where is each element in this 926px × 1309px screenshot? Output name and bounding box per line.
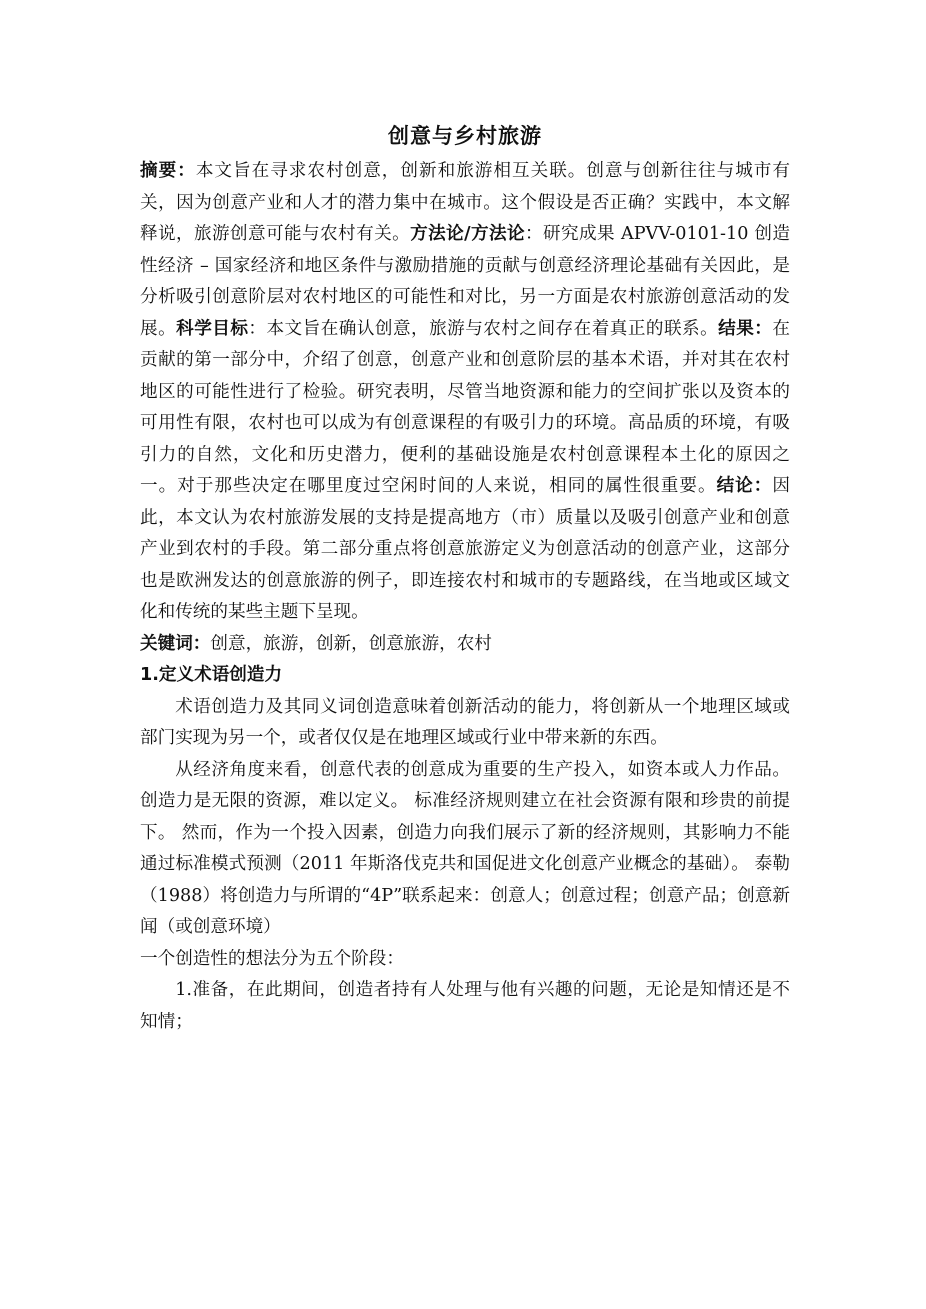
keywords-text: 创意，旅游，创新，创意旅游，农村 bbox=[210, 634, 492, 654]
abstract-text-goal: ：本文旨在确认创意，旅游与农村之间存在着真正的联系。 bbox=[248, 319, 718, 339]
keywords-paragraph: 关键词：创意，旅游，创新，创意旅游，农村 bbox=[140, 629, 790, 661]
document-title: 创意与乡村旅游 bbox=[140, 118, 790, 154]
keywords-label: 关键词： bbox=[140, 634, 210, 654]
section-1-paragraph-2: 从经济角度来看，创意代表的创意成为重要的生产投入，如资本或人力作品。创造力是无限… bbox=[140, 755, 790, 944]
scientific-goal-label: 科学目标 bbox=[176, 319, 248, 339]
section-1-heading: 1.定义术语创造力 bbox=[140, 660, 790, 692]
abstract-text-results: 在贡献的第一部分中，介绍了创意，创意产业和创意阶层的基本术语，并对其在农村地区的… bbox=[140, 319, 790, 497]
methodology-label: 方法论/方法论 bbox=[410, 224, 525, 244]
stages-intro: 一个创造性的想法分为五个阶段： bbox=[140, 944, 790, 976]
results-label: 结果： bbox=[718, 319, 772, 339]
stage-1-item: 1.准备，在此期间，创造者持有人处理与他有兴趣的问题，无论是知情还是不知情； bbox=[140, 975, 790, 1038]
conclusion-label: 结论： bbox=[717, 476, 773, 496]
section-1-paragraph-1: 术语创造力及其同义词创造意味着创新活动的能力，将创新从一个地理区域或部门实现为另… bbox=[140, 692, 790, 755]
abstract-paragraph: 摘要：本文旨在寻求农村创意，创新和旅游相互关联。创意与创新往往与城市有关，因为创… bbox=[140, 156, 790, 629]
abstract-text-conclusion: 因此，本文认为农村旅游发展的支持是提高地方（市）质量以及吸引创意产业和创意产业到… bbox=[140, 476, 790, 622]
document-page: 创意与乡村旅游 摘要：本文旨在寻求农村创意，创新和旅游相互关联。创意与创新往往与… bbox=[140, 118, 790, 1038]
abstract-label: 摘要： bbox=[140, 161, 196, 181]
